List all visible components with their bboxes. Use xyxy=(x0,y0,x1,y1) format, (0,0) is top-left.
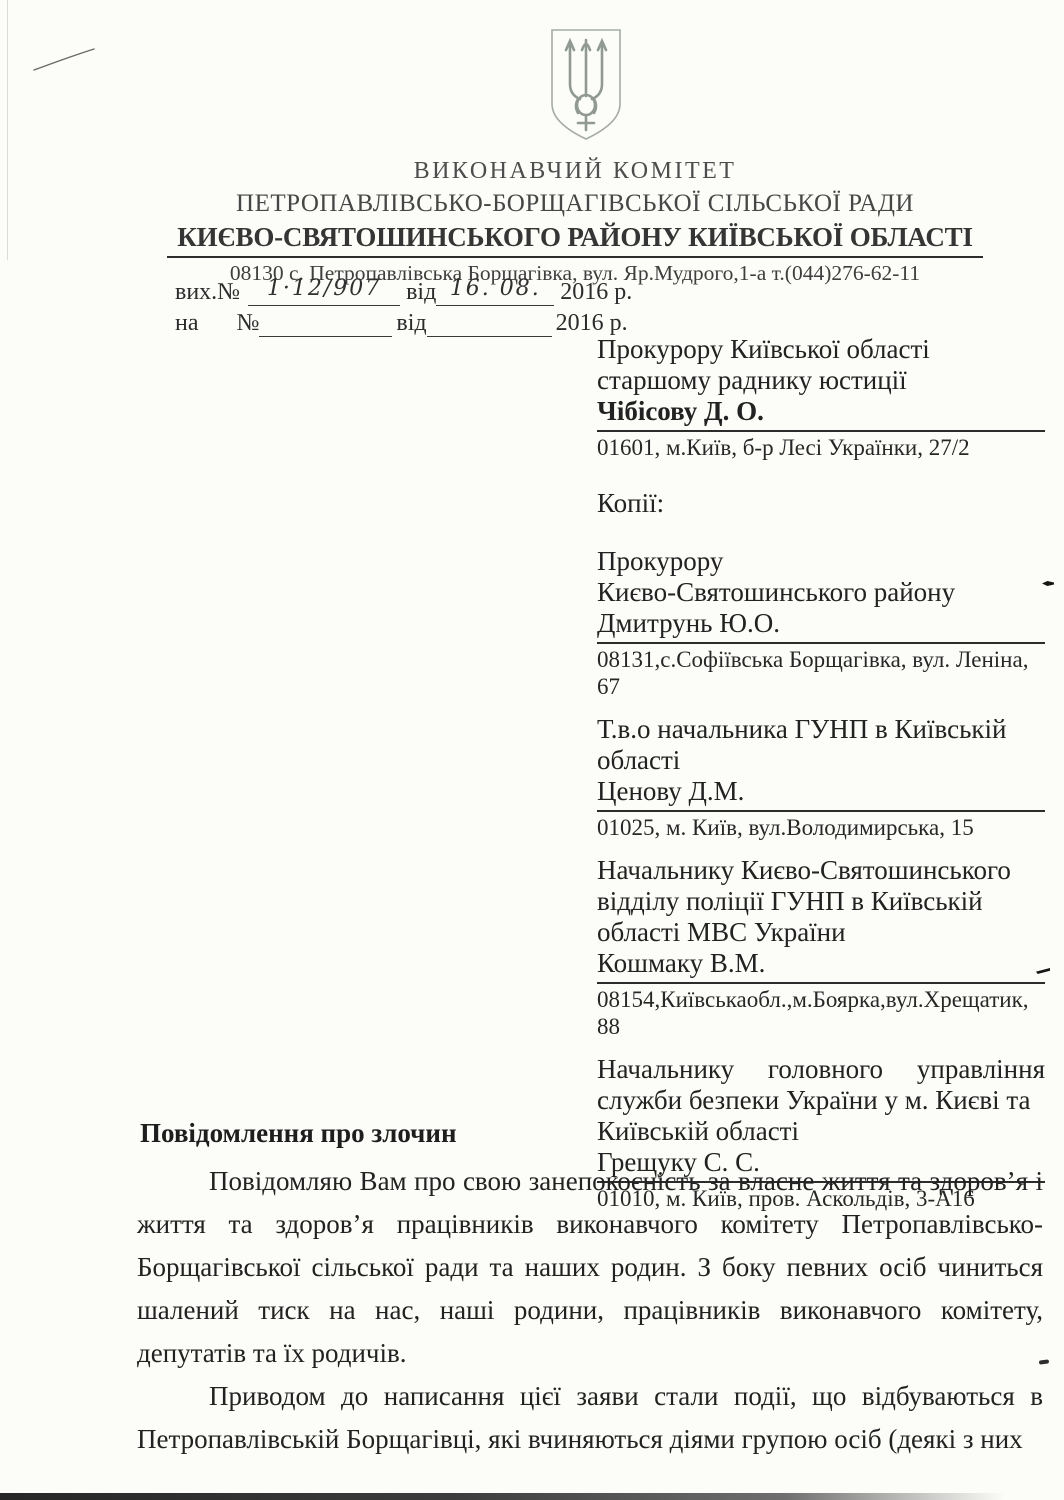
recipient-address: 08154,Київськаобл.,м.Боярка,вул.Хрещатик… xyxy=(597,984,1045,1040)
recipient-title-line: Начальнику Києво-Святошинського xyxy=(597,855,1045,886)
incoming-from-label: від xyxy=(396,310,426,336)
recipient-address: 01025, м. Київ, вул.Володимирська, 15 xyxy=(597,812,1045,841)
org-council-line: ПЕТРОПАВЛІВСЬКО-БОРЩАГІВСЬКОЇ СІЛЬСЬКОЇ … xyxy=(110,190,1040,218)
recipient-title-line: області МВС України xyxy=(597,917,1045,948)
recipient-name: Дмитрунь Ю.О. xyxy=(597,608,1045,644)
body-paragraph-2: Приводом до написання цієї заяви стали п… xyxy=(137,1375,1043,1461)
letter-body: Повідомляю Вам про свою занепокоєність з… xyxy=(137,1160,1043,1461)
recipient-address: 01601, м.Київ, б-р Лесі Українки, 27/2 xyxy=(597,432,1045,461)
handwritten-outgoing-date: 16. 08. xyxy=(436,276,554,306)
recipient-block-prosecutor-region: Прокурору Київської області старшому рад… xyxy=(597,334,1045,461)
incoming-number-blank xyxy=(259,307,392,337)
recipient-title-line: служби безпеки України у м. Києві та xyxy=(597,1085,1045,1116)
recipient-block-police-district: Начальнику Києво-Святошинського відділу … xyxy=(597,855,1045,1040)
recipient-name: Ценову Д.М. xyxy=(597,776,1045,812)
incoming-year-label: 2016 р. xyxy=(556,310,628,336)
handwritten-outgoing-number: 1·12/907 xyxy=(248,276,400,306)
incoming-date-blank xyxy=(427,307,552,337)
letterhead: ВИКОНАВЧИЙ КОМІТЕТ ПЕТРОПАВЛІВСЬКО-БОРЩА… xyxy=(110,158,1040,286)
recipient-title-line: Прокурору Київської області xyxy=(597,334,1045,365)
recipient-address: 08131,с.Софіївська Борщагівка, вул. Лені… xyxy=(597,644,1045,700)
outgoing-reference-row: вих.№1·12/907від16. 08.2016 р. xyxy=(175,276,632,307)
org-district-line: КИЄВО-СВЯТОШИНСЬКОГО РАЙОНУ КИЇВСЬКОЇ ОБ… xyxy=(167,222,983,258)
recipient-title-line: Т.в.о начальника ГУНП в Київській xyxy=(597,714,1045,745)
incoming-label: на xyxy=(175,310,199,336)
recipient-title-line: Київській області xyxy=(597,1116,1045,1147)
ukraine-trident-emblem xyxy=(542,26,630,146)
outgoing-number-label: вих.№ xyxy=(175,279,240,305)
recipient-block-prosecutor-district: Прокурору Києво-Святошинського району Дм… xyxy=(597,546,1045,700)
recipient-title-line: відділу поліції ГУНП в Київській xyxy=(597,886,1045,917)
scan-edge-line xyxy=(7,0,8,260)
recipient-name: Кошмаку В.М. xyxy=(597,948,1045,984)
recipient-title-line: Прокурору xyxy=(597,546,1045,577)
recipient-title-line: Начальнику головного управління xyxy=(597,1054,1045,1085)
org-committee-line: ВИКОНАВЧИЙ КОМІТЕТ xyxy=(110,158,1040,185)
outgoing-year-label: 2016 р. xyxy=(560,279,632,305)
incoming-number-label: № xyxy=(237,310,260,336)
pen-mark-artifact xyxy=(30,40,102,80)
document-page: ВИКОНАВЧИЙ КОМІТЕТ ПЕТРОПАВЛІВСЬКО-БОРЩА… xyxy=(0,0,1064,1500)
subject-line: Повідомлення про злочин xyxy=(140,1118,457,1149)
scan-edge-strip xyxy=(0,1493,1005,1500)
recipients-column: Прокурору Київської області старшому рад… xyxy=(597,334,1045,1226)
scan-artifact-dash-mark xyxy=(1039,1359,1049,1364)
outgoing-from-label: від xyxy=(406,279,436,305)
recipient-title-line: області xyxy=(597,745,1045,776)
body-paragraph-1: Повідомляю Вам про свою занепокоєність з… xyxy=(137,1160,1043,1375)
recipient-title-line: Києво-Святошинського району xyxy=(597,577,1045,608)
recipient-name: Чібісову Д. О. xyxy=(597,396,1045,432)
reference-block: вих.№1·12/907від16. 08.2016 р. на№від201… xyxy=(175,276,632,338)
incoming-reference-row: на№від2016 р. xyxy=(175,307,632,338)
recipient-title-line: старшому раднику юстиції xyxy=(597,365,1045,396)
recipient-block-police-region: Т.в.о начальника ГУНП в Київській област… xyxy=(597,714,1045,841)
copies-label: Копії: xyxy=(597,488,1045,519)
